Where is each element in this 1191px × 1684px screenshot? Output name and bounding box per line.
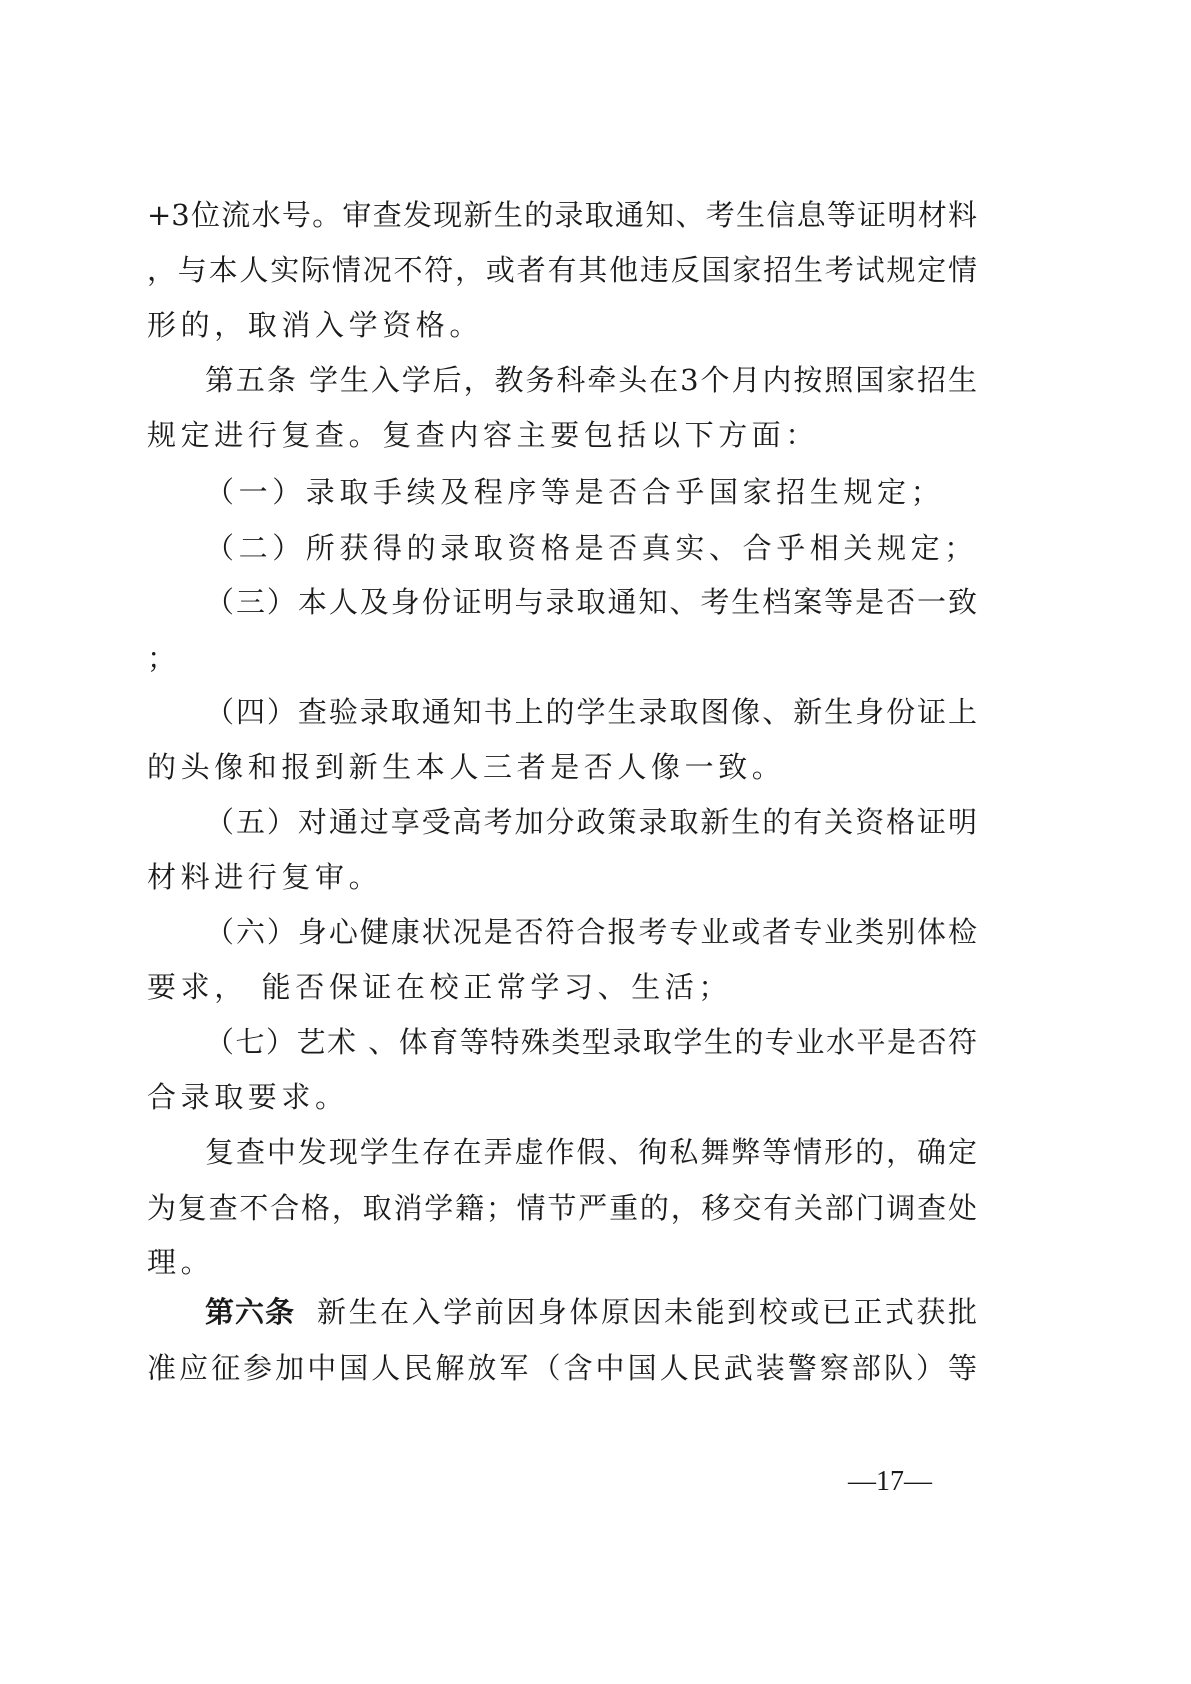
paragraph-line: 为复查不合格，取消学籍；情节严重的，移交有关部门调查处 xyxy=(147,1188,977,1228)
paragraph-line: +3位流水号。审查发现新生的录取通知、考生信息等证明材料 xyxy=(147,195,977,235)
paragraph-line: 准应征参加中国人民解放军（含中国人民武装警察部队）等 xyxy=(147,1348,977,1388)
paragraph-line: 形的，取消入学资格。 xyxy=(147,305,977,345)
list-item-7: （七）艺术 、体育等特殊类型录取学生的专业水平是否符 xyxy=(205,1022,977,1062)
article-5-line: 第五条 学生入学后，教务科牵头在3个月内按照国家招生 xyxy=(205,360,977,400)
list-item-2: （二）所获得的录取资格是否真实、合乎相关规定； xyxy=(205,528,977,568)
paragraph-line: 要求， 能否保证在校正常学习、生活； xyxy=(147,967,977,1007)
page-number: —17— xyxy=(848,1462,932,1502)
article-6-heading: 第六条 xyxy=(205,1292,295,1332)
list-item-4: （四）查验录取通知书上的学生录取图像、新生身份证上 xyxy=(205,692,977,732)
paragraph-line: ； xyxy=(147,638,977,678)
paragraph-line: 合录取要求。 xyxy=(147,1077,977,1117)
list-item-6: （六）身心健康状况是否符合报考专业或者专业类别体检 xyxy=(205,912,977,952)
list-item-1: （一）录取手续及程序等是否合乎国家招生规定； xyxy=(205,472,977,512)
paragraph-line: 复查中发现学生存在弄虚作假、徇私舞弊等情形的，确定 xyxy=(205,1132,977,1172)
paragraph-line: 材料进行复审。 xyxy=(147,857,977,897)
list-item-5: （五）对通过享受高考加分政策录取新生的有关资格证明 xyxy=(205,802,977,842)
article-6-line: 第六条 新生在入学前因身体原因未能到校或已正式获批 xyxy=(205,1292,977,1332)
paragraph-line: 规定进行复查。复查内容主要包括以下方面： xyxy=(147,415,977,455)
paragraph-line: ，与本人实际情况不符，或者有其他违反国家招生考试规定情 xyxy=(147,250,977,290)
article-6-text: 新生在入学前因身体原因未能到校或已正式获批 xyxy=(317,1292,977,1332)
list-item-3: （三）本人及身份证明与录取通知、考生档案等是否一致 xyxy=(205,582,977,622)
paragraph-line: 理。 xyxy=(147,1242,977,1282)
document-page: +3位流水号。审查发现新生的录取通知、考生信息等证明材料 ，与本人实际情况不符，… xyxy=(0,0,1191,1684)
paragraph-line: 的头像和报到新生本人三者是否人像一致。 xyxy=(147,747,977,787)
